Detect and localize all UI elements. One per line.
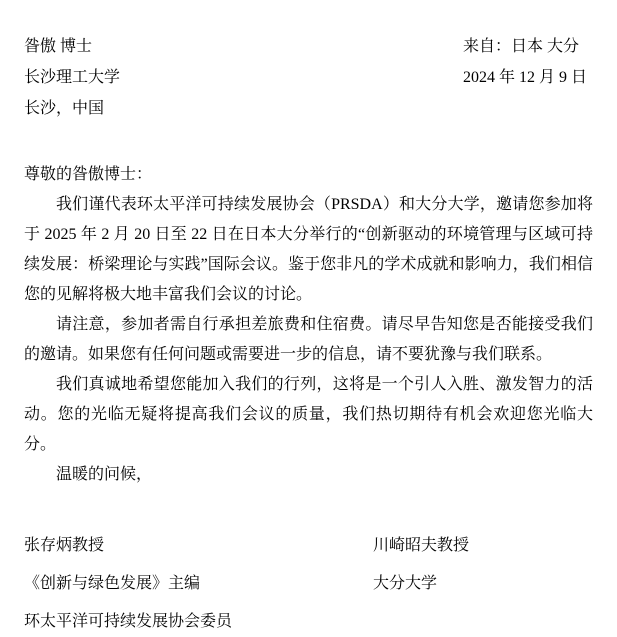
signature-block: 张存炳教授 《创新与绿色发展》主编 环太平洋可持续发展协会委员 川崎昭夫教授 大… [24, 527, 593, 637]
letter-date: 2024 年 12 月 9 日 [463, 62, 593, 93]
letter-header: 昝傲 博士 长沙理工大学 长沙，中国 来自：日本 大分 2024 年 12 月 … [24, 31, 593, 124]
origin-block: 来自：日本 大分 2024 年 12 月 9 日 [463, 31, 593, 93]
signer-right-name: 川崎昭夫教授 [373, 527, 593, 565]
signer-right: 川崎昭夫教授 大分大学 [373, 527, 593, 637]
signer-right-affiliation: 大分大学 [373, 565, 593, 603]
paragraph-3: 我们真诚地希望您能加入我们的行列，这将是一个引人入胜、激发智力的活动。您的光临无… [24, 370, 593, 460]
paragraph-1: 我们谨代表环太平洋可持续发展协会（PRSDA）和大分大学，邀请您参加将于 202… [24, 190, 593, 310]
paragraph-2: 请注意，参加者需自行承担差旅费和住宿费。请尽早告知您是否能接受我们的邀请。如果您… [24, 310, 593, 370]
letter-body: 尊敬的昝傲博士： 我们谨代表环太平洋可持续发展协会（PRSDA）和大分大学，邀请… [24, 160, 593, 490]
signer-left: 张存炳教授 《创新与绿色发展》主编 环太平洋可持续发展协会委员 [24, 527, 373, 637]
closing-line: 温暖的问候， [24, 460, 593, 490]
sender-origin: 来自：日本 大分 [463, 31, 593, 62]
recipient-name: 昝傲 博士 [24, 31, 120, 62]
signer-left-title: 《创新与绿色发展》主编 [24, 565, 373, 603]
recipient-university: 长沙理工大学 [24, 62, 120, 93]
signer-left-name: 张存炳教授 [24, 527, 373, 565]
recipient-block: 昝傲 博士 长沙理工大学 长沙，中国 [24, 31, 120, 124]
signer-left-affiliation: 环太平洋可持续发展协会委员 [24, 603, 373, 637]
invitation-letter: 昝傲 博士 长沙理工大学 长沙，中国 来自：日本 大分 2024 年 12 月 … [0, 0, 617, 637]
recipient-city: 长沙，中国 [24, 93, 120, 124]
salutation: 尊敬的昝傲博士： [24, 160, 593, 190]
